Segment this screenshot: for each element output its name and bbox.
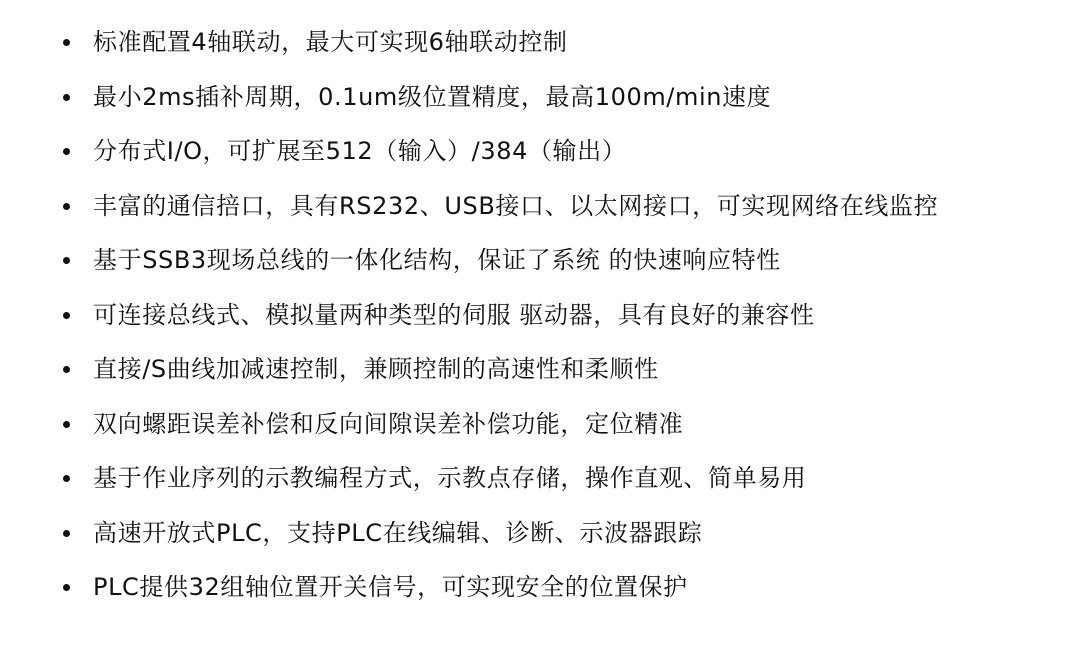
feature-text: 可连接总线式、模拟量两种类型的伺服 驱动器，具有良好的兼容性 <box>93 288 815 343</box>
bullet-dot-icon <box>63 366 70 373</box>
feature-item: 高速开放式PLC，支持PLC在线编辑、诊断、示波器跟踪 <box>0 506 1067 561</box>
bullet-dot-icon <box>63 475 70 482</box>
bullet-dot-icon <box>63 39 70 46</box>
feature-item: 标准配置4轴联动，最大可实现6轴联动控制 <box>0 15 1067 70</box>
feature-list: 标准配置4轴联动，最大可实现6轴联动控制 最小2ms插补周期，0.1um级位置精… <box>0 15 1067 615</box>
feature-text: 基于SSB3现场总线的一体化结构，保证了系统 的快速响应特性 <box>93 233 781 288</box>
feature-item: PLC提供32组轴位置开关信号，可实现安全的位置保护 <box>0 560 1067 615</box>
feature-text: 直接/S曲线加减速控制，兼顾控制的高速性和柔顺性 <box>93 342 659 397</box>
bullet-dot-icon <box>63 257 70 264</box>
feature-text: 高速开放式PLC，支持PLC在线编辑、诊断、示波器跟踪 <box>93 506 702 561</box>
feature-item: 双向螺距误差补偿和反向间隙误差补偿功能，定位精准 <box>0 397 1067 452</box>
feature-text: 双向螺距误差补偿和反向间隙误差补偿功能，定位精准 <box>93 397 683 452</box>
feature-text: 丰富的通信掊口，具有RS232、USB接口、以太网接口，可实现网络在线监控 <box>93 179 938 234</box>
bullet-dot-icon <box>63 94 70 101</box>
feature-text: 基于作业序列的示教编程方式，示教点存储，操作直观、简单易用 <box>93 451 806 506</box>
feature-item: 可连接总线式、模拟量两种类型的伺服 驱动器，具有良好的兼容性 <box>0 288 1067 343</box>
bullet-dot-icon <box>63 203 70 210</box>
bullet-dot-icon <box>63 421 70 428</box>
feature-text: PLC提供32组轴位置开关信号，可实现安全的位置保护 <box>93 560 688 615</box>
feature-item: 最小2ms插补周期，0.1um级位置精度，最高100m/min速度 <box>0 70 1067 125</box>
bullet-dot-icon <box>63 148 70 155</box>
feature-text: 分布式I/O，可扩展至512（输入）/384（输出） <box>93 124 626 179</box>
bullet-dot-icon <box>63 530 70 537</box>
feature-item: 丰富的通信掊口，具有RS232、USB接口、以太网接口，可实现网络在线监控 <box>0 179 1067 234</box>
feature-item: 基于SSB3现场总线的一体化结构，保证了系统 的快速响应特性 <box>0 233 1067 288</box>
feature-text: 最小2ms插补周期，0.1um级位置精度，最高100m/min速度 <box>93 70 771 125</box>
feature-item: 基于作业序列的示教编程方式，示教点存储，操作直观、简单易用 <box>0 451 1067 506</box>
bullet-dot-icon <box>63 584 70 591</box>
bullet-dot-icon <box>63 312 70 319</box>
feature-item: 直接/S曲线加减速控制，兼顾控制的高速性和柔顺性 <box>0 342 1067 397</box>
feature-item: 分布式I/O，可扩展至512（输入）/384（输出） <box>0 124 1067 179</box>
feature-text: 标准配置4轴联动，最大可实现6轴联动控制 <box>93 15 568 70</box>
